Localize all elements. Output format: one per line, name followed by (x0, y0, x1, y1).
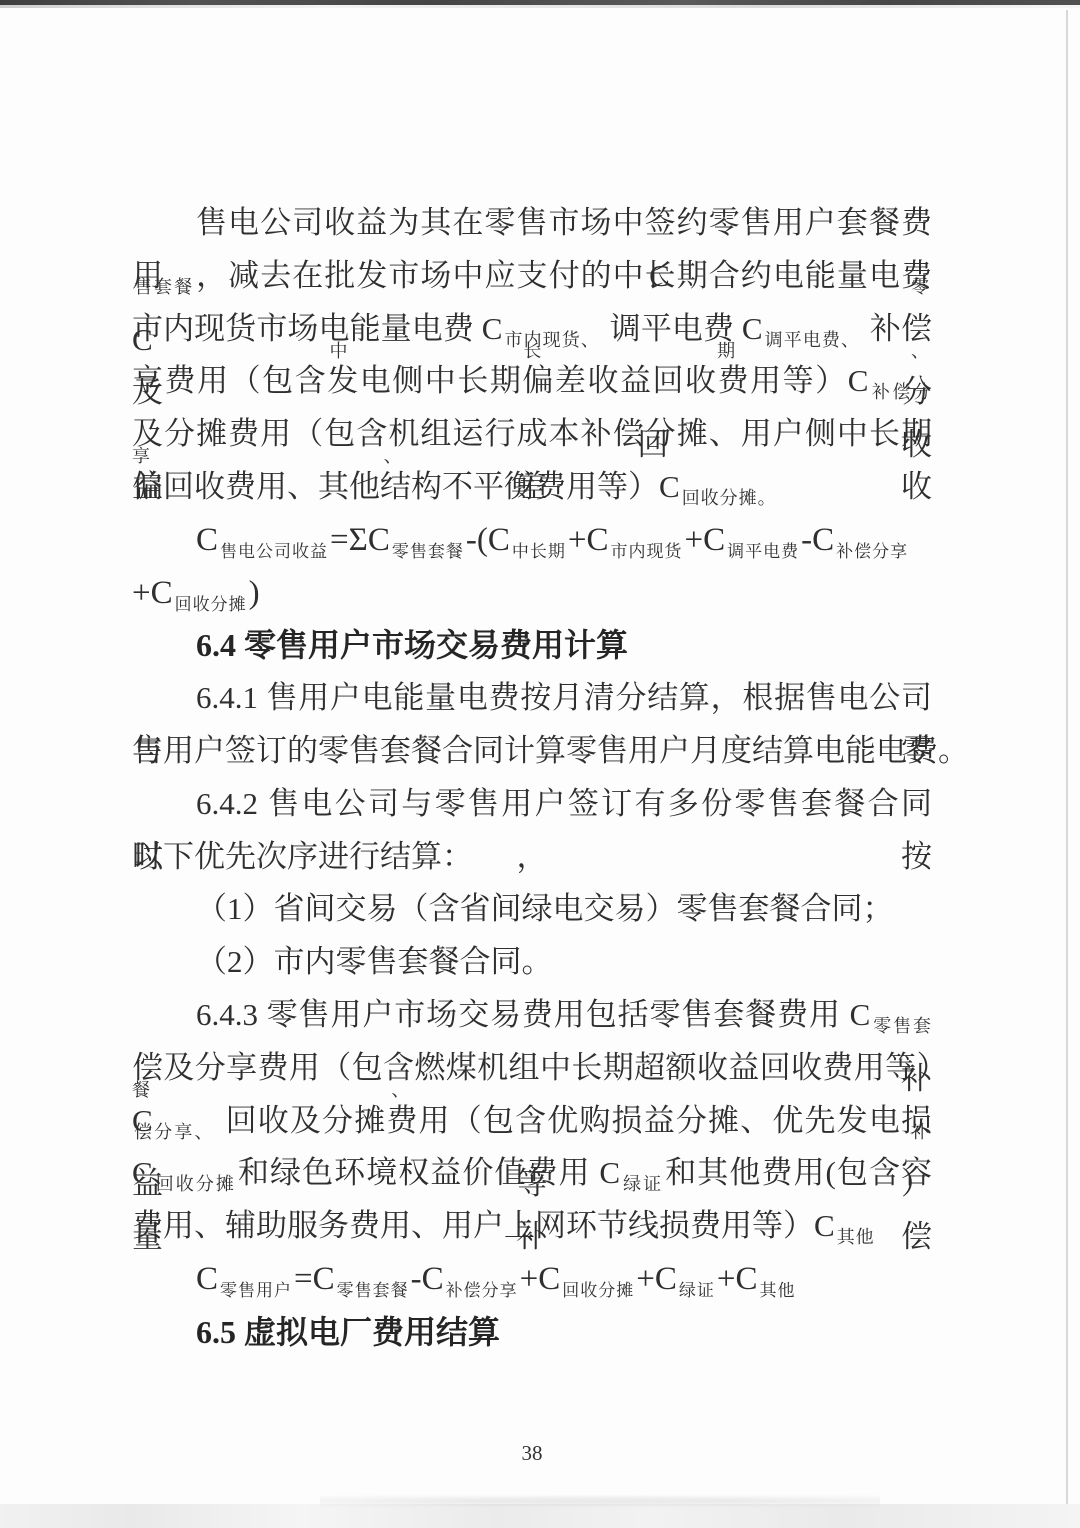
document-page: 售电公司收益为其在零售市场中签约零售用户套餐费用 C零售套餐，减去在批发市场中应… (0, 0, 1080, 1528)
paragraph-line: C回收分摊和绿色环境权益价值费用 C绿证和其他费用(包含容量补偿 (132, 1147, 932, 1200)
text-run: C (196, 1261, 218, 1297)
text-run: 市内现货市场电能量电费 C (132, 311, 502, 346)
subscript-text: 绿证 (677, 1281, 717, 1300)
text-run: C (132, 1155, 153, 1190)
paragraph-line: 售用户签订的零售套餐合同计算零售用户月度结算电能电费。 (132, 725, 932, 778)
paragraph-line: （1）省间交易（含省间绿电交易）零售套餐合同； (132, 883, 932, 936)
subscript-text: 补偿分享 (444, 1281, 520, 1300)
document-body: 售电公司收益为其在零售市场中签约零售用户套餐费用 C零售套餐，减去在批发市场中应… (132, 197, 932, 1359)
scan-artifact-top-shadow (0, 5, 1080, 8)
paragraph-line: 售电公司收益为其在零售市场中签约零售用户套餐费用 C零 (132, 197, 932, 250)
section-heading: 6.5 虚拟电厂费用结算 (132, 1306, 932, 1359)
subscript-text: 售套餐 (132, 277, 196, 297)
subscript-text: 中长期 (510, 542, 568, 561)
formula-line: C售电公司收益=ΣC零售套餐-(C中长期+C市内现货+C调平电费-C补偿分享 (132, 514, 932, 567)
subscript-text: 补偿分享 (834, 542, 910, 561)
text-run: C (196, 522, 218, 558)
text-run: +C (717, 1261, 758, 1297)
subscript-text: 调平电费、 (763, 330, 863, 350)
subscript-text: 回收分摊 (173, 595, 249, 614)
subscript-text: 零售套餐 (390, 542, 466, 561)
text-run: +C (684, 522, 725, 558)
subscript-text: 市内现货 (608, 542, 684, 561)
subscript-text: 零售用户 (218, 1281, 294, 1300)
paragraph-line: 6.4.3 零售用户市场交易费用包括零售套餐费用 C零售套餐、 补 (132, 989, 932, 1042)
text-run: ) (249, 575, 260, 611)
subscript-text: 回收分摊 (560, 1281, 636, 1300)
text-run: +C (520, 1261, 561, 1297)
subscript-text: 调平电费 (725, 542, 801, 561)
paragraph-line: 市内现货市场电能量电费 C市内现货、 调平电费 C调平电费、 补偿及分 (132, 303, 932, 356)
text-run: +C (568, 522, 609, 558)
paragraph-line: 享费用（包含发电侧中长期偏差收益回收费用等）C补偿分享、回收 (132, 355, 932, 408)
text-run: -(C (466, 522, 510, 558)
paragraph-line: 及分摊费用（包含机组运行成本补偿分摊、用户侧中长期偏差收 (132, 408, 932, 461)
subscript-text: 回收分摊 (153, 1174, 238, 1194)
formula-line: +C回收分摊) (132, 567, 932, 620)
paragraph-line: 偿及分享费用（包含燃煤机组中长期超额收益回收费用等）C补 (132, 1042, 932, 1095)
paragraph-line: 6.4.1 售用户电能量电费按月清分结算，根据售电公司与零 (132, 672, 932, 725)
section-heading: 6.4 零售用户市场交易费用计算 (132, 619, 932, 672)
text-run: 享费用（包含发电侧中长期偏差收益回收费用等）C (132, 363, 868, 398)
text-run: =ΣC (330, 522, 390, 558)
subscript-text: 零售套餐 (335, 1281, 411, 1300)
text-run: 以下优先次序进行结算： (132, 839, 473, 874)
text-run: -C (801, 522, 834, 558)
text-run: 调平电费 C (602, 311, 763, 346)
text-run: +C (636, 1261, 677, 1297)
subscript-text: 其他 (758, 1281, 798, 1300)
subscript-text: 偿分享、 (132, 1122, 217, 1142)
text-run: 益回收费用、其他结构不平衡费用等）C (132, 469, 680, 504)
paragraph-line: （2）市内零售套餐合同。 (132, 936, 932, 989)
text-run: （1）省间交易（含省间绿电交易）零售套餐合同； (196, 891, 894, 926)
page-number: 38 (132, 1441, 932, 1466)
subscript-text: 回收分摊。 (680, 488, 779, 508)
text-run: -C (411, 1261, 444, 1297)
paragraph-line: 费用、辅助服务费用、用户上网环节线损费用等）C其他 (132, 1200, 932, 1253)
text-run: （2）市内零售套餐合同。 (196, 944, 553, 979)
text-run: 费用、辅助服务费用、用户上网环节线损费用等）C (132, 1208, 835, 1243)
scan-artifact-right-line (1066, 10, 1068, 1528)
paragraph-line: 偿分享、 回收及分摊费用（包含优购损益分摊、优先发电损益等） (132, 1095, 932, 1148)
text-run: 6.5 虚拟电厂费用结算 (196, 1314, 500, 1350)
paragraph-line: 6.4.2 售电公司与零售用户签订有多份零售套餐合同时，按 (132, 778, 932, 831)
scan-artifact-bottom-smudge (320, 1494, 880, 1508)
text-run: +C (132, 575, 173, 611)
paragraph-line: 售套餐，减去在批发市场中应支付的中长期合约电能量电费 C中长期、 (132, 250, 932, 303)
text-run: 售用户签订的零售套餐合同计算零售用户月度结算电能电费。 (132, 733, 969, 768)
subscript-text: 绿证 (620, 1174, 665, 1194)
subscript-text: 售电公司收益 (218, 542, 330, 561)
text-run: 6.4 零售用户市场交易费用计算 (196, 627, 628, 663)
subscript-text: 市内现货、 (502, 330, 602, 350)
text-run: =C (294, 1261, 335, 1297)
text-run: 和绿色环境权益价值费用 C (238, 1155, 620, 1190)
text-run: 6.4.3 零售用户市场交易费用包括零售套餐费用 C (196, 997, 870, 1032)
subscript-text: 其他 (835, 1227, 877, 1247)
